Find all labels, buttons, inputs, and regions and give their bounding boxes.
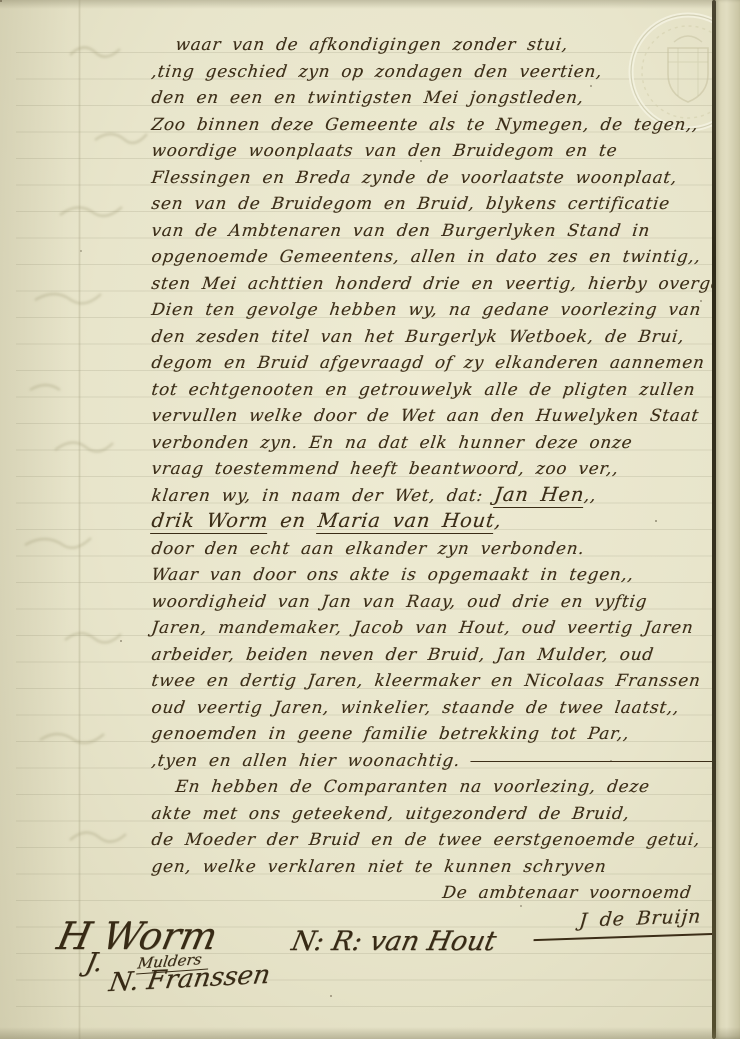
groom-name-part2: drik Worm [150,509,270,534]
bleed-through-text [0,0,150,1039]
text-line: Waar van door ons akte is opgemaakt in t… [150,561,719,588]
text-line: waar van de afkondigingen zonder stui, [150,31,719,58]
text-line: Flessingen en Breda zynde de voorlaatste… [150,164,719,191]
text-line-couple-names: drik Worm en Maria van Hout, [150,508,719,535]
text-line: sten Mei achttien honderd drie en veerti… [150,270,719,297]
text-line: van de Ambtenaren van den Burgerlyken St… [150,217,719,244]
signature-witness-van-hout: N: R: van Hout [289,926,499,957]
closing-rule [470,761,735,762]
document-page: waar van de afkondigingen zonder stui, ,… [0,0,740,1039]
adjacent-page-edge [716,0,740,1039]
text-line: sen van de Bruidegom en Bruid, blykens c… [150,190,719,217]
text-line: arbeider, beiden neven der Bruid, Jan Mu… [150,641,719,668]
handwritten-text: waar van de afkondigingen zonder stui, ,… [150,31,716,940]
text-line: woordige woonplaats van den Bruidegom en… [150,137,719,164]
text-line-groom-name-start: klaren wy, in naam der Wet, dat: Jan Hen… [150,482,719,509]
text-line: Dien ten gevolge hebben wy, na gedane vo… [150,296,719,323]
text-line: ,tyen en allen hier woonachtig. [150,750,461,770]
groom-name-part1: Jan Hen [493,483,586,508]
text-line: verbonden zyn. En na dat elk hunner deze… [150,429,719,456]
scan-edge-shadow-bottom [0,1027,740,1039]
continuation-mark: ,, [583,485,598,505]
text-line: ,ting geschied zyn op zondagen den veert… [150,58,719,85]
text-line: den zesden titel van het Burgerlyk Wetbo… [150,323,719,350]
officiant-line: De ambtenaar voornoemd [150,879,719,906]
declaration-text: klaren wy, in naam der Wet, dat: [150,485,495,505]
text-line: genoemden in geene familie betrekking to… [150,720,719,747]
conjunction-text: en [267,509,320,532]
text-line: de Moeder der Bruid en de twee eerstgeno… [150,826,719,853]
comma-mark: , [493,509,503,532]
text-line: tot echtgenooten en getrouwelyk alle de … [150,376,719,403]
clerk-signature: J de Bruijn [533,902,718,940]
text-line: den en een en twintigsten Mei jongstlede… [150,84,719,111]
text-line-with-rule: ,tyen en allen hier woonachtig. [150,747,719,774]
text-line: En hebben de Comparanten na voorlezing, … [150,773,719,800]
text-line: opgenoemde Gemeentens, allen in dato zes… [150,243,719,270]
bride-name: Maria van Hout [316,509,496,534]
text-line: oud veertig Jaren, winkelier, staande de… [150,694,719,721]
text-line: vraag toestemmend heeft beantwoord, zoo … [150,455,719,482]
text-line: Zoo binnen deze Gemeente als te Nymegen,… [150,111,719,138]
text-line: gen, welke verklaren niet te kunnen schr… [150,853,719,880]
text-line: twee en dertig Jaren, kleermaker en Nico… [150,667,719,694]
text-line: akte met ons geteekend, uitgezonderd de … [150,800,719,827]
text-line: degom en Bruid afgevraagd of zy elkander… [150,349,719,376]
text-line: door den echt aan elkander zyn verbonden… [150,535,719,562]
text-line: Jaren, mandemaker, Jacob van Hout, oud v… [150,614,719,641]
text-line: woordigheid van Jan van Raay, oud drie e… [150,588,719,615]
text-line: vervullen welke door de Wet aan den Huwe… [150,402,719,429]
